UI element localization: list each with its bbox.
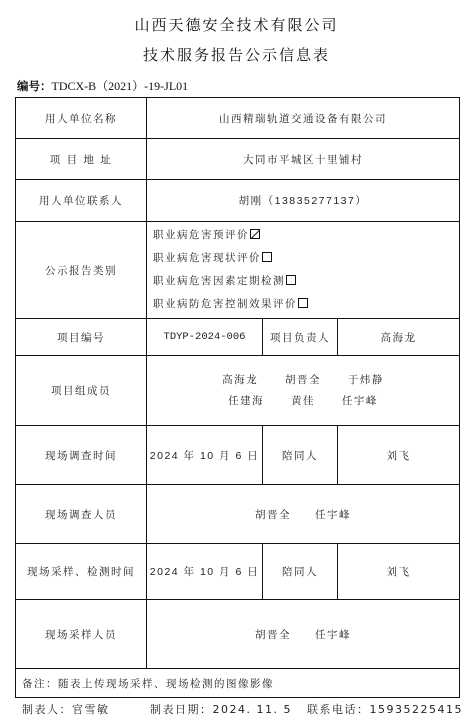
- document-number-value: TDCX-B（2021）-19-JL01: [52, 79, 189, 93]
- employer-name-value: 山西精瑞轨道交通设备有限公司: [147, 98, 460, 139]
- row-note: 备注：随表上传现场采样、现场检测的图像影像: [16, 669, 460, 698]
- prepare-date: 制表日期：2024. 11. 5: [150, 701, 292, 717]
- survey-time-value: 2024 年 10 月 6 日: [147, 426, 263, 485]
- category-option-label: 职业病危害因素定期检测: [153, 275, 285, 287]
- member-name: 于炜静: [348, 370, 384, 391]
- members-row-1: 高海龙 胡晋全 于炜静: [147, 370, 459, 391]
- employer-contact-label: 用人单位联系人: [16, 180, 147, 222]
- row-project-address: 项 目 地 址 大同市平城区十里铺村: [16, 139, 460, 180]
- sampling-accompany-label: 陪同人: [263, 544, 338, 600]
- survey-time-label: 现场调查时间: [16, 426, 147, 485]
- category-option-control-effect[interactable]: 职业病防危害控制效果评价: [153, 293, 459, 316]
- employer-contact-value: 胡刚（13835277137）: [147, 180, 460, 222]
- member-name: 黄佳: [291, 391, 315, 412]
- note: 备注：随表上传现场采样、现场检测的图像影像: [16, 669, 460, 698]
- member-name: 胡晋全: [285, 370, 321, 391]
- survey-staff-value: 胡晋全 任宇峰: [147, 485, 460, 544]
- report-category-label: 公示报告类别: [16, 222, 147, 319]
- row-employer-contact: 用人单位联系人 胡刚（13835277137）: [16, 180, 460, 222]
- project-leader-label: 项目负责人: [263, 319, 338, 356]
- sampling-staff-label: 现场采样人员: [16, 600, 147, 669]
- preparer: 制表人：官雪敏: [22, 701, 110, 717]
- sampling-staff-value: 胡晋全 任宇峰: [147, 600, 460, 669]
- row-survey-time: 现场调查时间 2024 年 10 月 6 日 陪同人 刘飞: [16, 426, 460, 485]
- info-table: 用人单位名称 山西精瑞轨道交通设备有限公司 项 目 地 址 大同市平城区十里铺村…: [15, 97, 460, 698]
- contact-phone: 联系电话：15935225415: [307, 701, 463, 717]
- project-leader-value: 高海龙: [338, 319, 460, 356]
- row-project-members: 项目组成员 高海龙 胡晋全 于炜静 任建海 黄佳 任宇峰: [16, 356, 460, 426]
- row-sampling-time: 现场采样、检测时间 2024 年 10 月 6 日 陪同人 刘飞: [16, 544, 460, 600]
- project-members-value: 高海龙 胡晋全 于炜静 任建海 黄佳 任宇峰: [147, 356, 460, 426]
- survey-accompany-label: 陪同人: [263, 426, 338, 485]
- project-members-label: 项目组成员: [16, 356, 147, 426]
- document-number-label: 编号：: [17, 79, 52, 93]
- checkbox-empty-icon[interactable]: [286, 275, 296, 285]
- form-title: 技术服务报告公示信息表: [0, 44, 473, 65]
- member-name: 任宇峰: [342, 391, 378, 412]
- category-option-periodic-detection[interactable]: 职业病危害因素定期检测: [153, 270, 459, 293]
- company-title: 山西天德安全技术有限公司: [0, 14, 473, 35]
- employer-name-label: 用人单位名称: [16, 98, 147, 139]
- row-employer-name: 用人单位名称 山西精瑞轨道交通设备有限公司: [16, 98, 460, 139]
- document-number: 编号：TDCX-B（2021）-19-JL01: [17, 77, 188, 94]
- category-option-label: 职业病危害预评价: [153, 229, 249, 241]
- survey-staff-label: 现场调查人员: [16, 485, 147, 544]
- project-number-value: TDYP-2024-006: [147, 319, 263, 356]
- category-option-pre-evaluation[interactable]: 职业病危害预评价: [153, 224, 459, 247]
- row-sampling-staff: 现场采样人员 胡晋全 任宇峰: [16, 600, 460, 669]
- members-row-2: 任建海 黄佳 任宇峰: [147, 391, 459, 412]
- member-name: 高海龙: [222, 370, 258, 391]
- category-option-status-evaluation[interactable]: 职业病危害现状评价: [153, 247, 459, 270]
- survey-accompany-value: 刘飞: [338, 426, 460, 485]
- sampling-accompany-value: 刘飞: [338, 544, 460, 600]
- member-name: 任建海: [228, 391, 264, 412]
- sampling-time-label: 现场采样、检测时间: [16, 544, 147, 600]
- row-project-number: 项目编号 TDYP-2024-006 项目负责人 高海龙: [16, 319, 460, 356]
- row-report-category: 公示报告类别 职业病危害预评价 职业病危害现状评价 职业病危害因素定期检测 职业…: [16, 222, 460, 319]
- category-option-label: 职业病危害现状评价: [153, 252, 261, 264]
- report-category-options: 职业病危害预评价 职业病危害现状评价 职业病危害因素定期检测 职业病防危害控制效…: [147, 222, 460, 319]
- checkbox-empty-icon[interactable]: [298, 298, 308, 308]
- row-survey-staff: 现场调查人员 胡晋全 任宇峰: [16, 485, 460, 544]
- project-address-label: 项 目 地 址: [16, 139, 147, 180]
- checkbox-checked-icon[interactable]: [250, 229, 260, 239]
- project-number-label: 项目编号: [16, 319, 147, 356]
- checkbox-empty-icon[interactable]: [262, 252, 272, 262]
- category-option-label: 职业病防危害控制效果评价: [153, 298, 297, 310]
- project-address-value: 大同市平城区十里铺村: [147, 139, 460, 180]
- sampling-time-value: 2024 年 10 月 6 日: [147, 544, 263, 600]
